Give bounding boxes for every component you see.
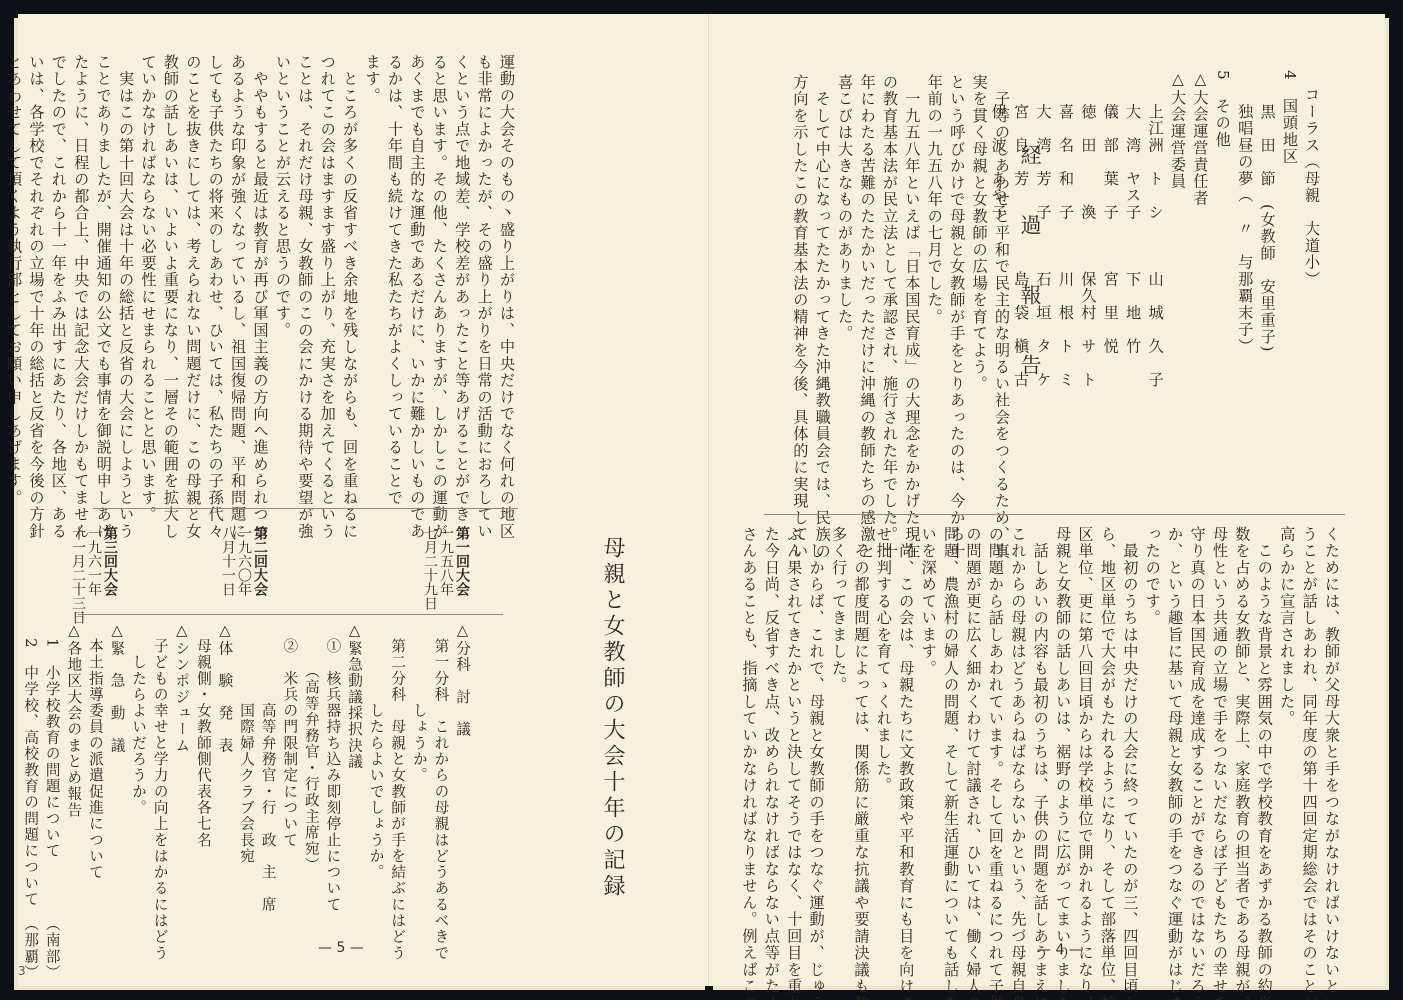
text-line: つれてこの会はますます盛り上がり、充実さを加えてくるという [316,54,338,484]
text-line: 尚、この会は、母親たちに文教政策や平和教育にも目を向けさ [895,526,917,946]
text-line: いということが云えると思うのです。 [272,54,294,484]
meeting-date: 十一月二十三日 [70,526,86,624]
text-line: 年前の一九五八年の七月でした。 [923,74,945,504]
text-line: か、という趣旨に基いて母親と女教師の手をつなぐ運動がはじま [1164,526,1186,946]
text-line: 大 湾 ヤス子 下 地 竹 [1122,70,1144,510]
text-line: そして中心になってたたかってきた沖縄教職員会では、民族の [811,74,833,504]
right-top-body: 子等のしあわせと平和で民主的な明るい社会をつくるため、真実を貫く母親と女教師の広… [789,74,1013,504]
text-line: 実を貫く母親と女教師の広場を育てよう。 [968,74,990,504]
meeting-item: △緊 急 動 議 [106,622,128,922]
text-line: 方向を示したこの教育基本法の精神を今後、具体的に実現してい [789,74,811,504]
text-line: ると思います。その他、たくさんありますが、しかしこの運動が [428,54,450,484]
text-line: という呼びかけで母親と女教師が手をとりあったのは、今から十 [946,74,968,504]
text-line: さんあることも、指摘していかなければなりません。例えばこの [738,526,760,946]
text-line: ややもすると最近は教育が再び軍国主義の方向へ進められつつ [249,54,271,484]
meeting-item: 2 中学校、高校教育の問題について （那覇） [20,622,42,922]
text-line: 尚、この会が今後ますます名実ともに沖縄の民主教育を守ると [0,54,3,484]
text-line: 喜 名 和 子 川 根 ト ミ [1055,70,1077,510]
text-line: たように、日程の都合上、中央では記念大会だけしかもてません [70,54,92,484]
text-line: ことは、それだけ母親、女教師のこの会にかける期待や要望が強 [294,54,316,484]
page-5: 運動の大会そのもの丶盛り上がりは、中央だけでなく何れの地区も非常によかったが、そ… [18,14,709,986]
text-line: でしたので、これから十一年をふみ出すにあたり、各地区、ある [47,54,69,484]
corner-mark: 3 [18,964,26,978]
right-divider [764,514,1345,515]
meeting-year: 一九六一年 [86,526,102,624]
text-line: 子等のしあわせと平和で民主的な明るい社会をつくるため、真 [991,74,1013,504]
left-top-body: 運動の大会そのもの丶盛り上がりは、中央だけでなく何れの地区も非常によかったが、そ… [0,54,518,484]
text-line: の問題が更に広く細かくわけて討議され、ひいては、働く婦人の [962,526,984,946]
meeting-item: 子どもの幸せと学力の向上をはかるにはどう [149,622,171,922]
text-line: ったのです。 [1141,526,1163,946]
text-line: 母親と女教師の話しあいは、裾野のように広がってまいりました。 [1052,526,1074,946]
text-line: せ批判する心を育てゝくれました。 [872,526,894,946]
record-title: 母親と女教師の大会十年の記録 [597,536,628,900]
meeting-1: 第一回大会一九五八年七月二十九日 [422,526,470,610]
text-line: 多く行ってきました。 [828,526,850,946]
text-line: くためには、教師が父母大衆と手をつながなければいけないとい [1321,526,1343,946]
meeting-year: 一九六〇年 [236,526,252,596]
text-line: た今日尚、反省すべき点、改められなければならない点等がたく [760,526,782,946]
meeting-year: 一九五八年 [438,526,454,610]
text-line: 4 国頭地区 [1279,70,1301,510]
meeting-item: 国際婦人クラブ会長宛 [235,622,257,922]
text-line: 5 その他 [1211,70,1233,510]
text-line: 一九五八年といえば「日本国民育成」の大理念をかかげた現在 [901,74,923,504]
text-line: 守り真の日本国民育成を達成することができるのではないだろう [1186,526,1208,946]
text-line: るかは、十年間も続けてきた私たちがよくしっていることで [384,54,406,484]
text-line: 最初のうちは中央だけの大会に終っていたのが三、四回目頃か [1119,526,1141,946]
meeting-item: △緊急動議採択決議 [343,622,365,922]
text-line: あるような印象が強くなっているし、祖国復帰問題、平和問題に [227,54,249,484]
meeting-item: 母親側・女教師側代表各七名 [192,622,214,922]
text-line: あくまでも自主的な運動であるだけに、いかに難かしいものであ [406,54,428,484]
meeting-item: ② 米兵の門限制定について [279,622,301,922]
meeting-item: しょうか。 [408,622,430,922]
text-line: その都度問題によっては、関係筋に厳重な抗議や要請決議も数 [850,526,872,946]
book-spread: 運動の大会そのもの丶盛り上がりは、中央だけでなく何れの地区も非常によかったが、そ… [18,14,1388,986]
text-line: 高らかに宣言されました。 [1276,526,1298,946]
text-line: しても子供たちの将来のしあわせ、ひいては、私たちの子孫代々 [204,54,226,484]
chorus-line: コーラス（母親 大道小） [1301,70,1323,288]
text-line: ます。 [361,54,383,484]
section-title: 経 過 報 告 [1015,144,1045,389]
page-number-4: — 4 — [1037,942,1083,958]
page-4: コーラス（母親 大道小） 4 国頭地区 黒 田 節 (女教師 安里重子) 独唱昼… [709,14,1385,986]
page-number-5: — 5 — [318,940,364,956]
meeting-2: 第二回大会一九六〇年八月十一日 [220,526,268,596]
text-line: しからば、これで、母親と女教師の手をつなぐ運動が、じゅう [805,526,827,946]
meeting-item: したらよいだろうか。 [128,622,150,922]
meetings-divider [78,614,503,615]
meeting-name: 第一回大会 [454,526,470,610]
meeting-item: 1 小学校教育の問題について （南部） [41,622,63,922]
text-line: ら、地区単位で大会がもたれるようになり、そして部落単位、校 [1097,526,1119,946]
text-line: ところが多くの反省すべき余地を残しながらも、回を重ねるに [339,54,361,484]
meeting-3: 第三回大会一九六一年十一月二十三日 [70,526,118,624]
text-line: 話しあいの内容も最初のうちは、子供の問題を話しあうまえに [1029,526,1051,946]
text-line: 区単位、更に第八回目頃からは学校単位で開かれるようになり、 [1074,526,1096,946]
text-line: ことでありましたが、開催通知の公文でも事情を御説明申しあげ [92,54,114,484]
left-bottom-body: △分科 討 議 第一分科 これからの母親はどうあるべきで しょうか。 第二分科 … [20,622,473,922]
text-line: うことが話しあわれ、同年度の第十四回定期総会ではそのことが [1298,526,1320,946]
text-line: いを深めています。 [917,526,939,946]
text-line: 年にわたる苦難のたたかいだっただけに沖縄の教師たちの感激と [856,74,878,504]
text-line: のことを抜きにしては、考えられない問題だけに、この母親と女 [182,54,204,484]
text-line: 教師の話しあいは、いよいよ重要になり、一層その範囲を拡大し [160,54,182,484]
text-line: くという点で地域差、学校差があったこと等あげることができ [451,54,473,484]
meeting-date: 八月十一日 [220,526,236,596]
text-line: 儀 部 葉 子 宮 里 悦 [1099,70,1121,510]
text-line: これからの母親はどうあらねばならないかという、先づ母親自身 [1007,526,1029,946]
meeting-item: （高等弁務官・行政主席宛） [300,622,322,922]
meeting-item: △各地区大会のまとめ報告 [63,622,85,922]
text-line: いは、各学校でそれぞれの立場で十年の総括と反省を今後の方針 [25,54,47,484]
left-divider [93,508,518,509]
meeting-item: したらよいでしょうか。 [365,622,387,922]
text-line: △大会運営責任者 [1189,70,1211,510]
meeting-date: 七月二十九日 [422,526,438,610]
right-bottom-body: くためには、教師が父母大衆と手をつながなければいけないということが話しあわれ、同… [738,526,1343,946]
meeting-item: △シンポジューム [171,622,193,922]
meeting-name: 第二回大会 [252,526,268,596]
text-line: このような背景と雰囲気の中で学校教育をあずかる教師の約半 [1253,526,1275,946]
meeting-item: △分科 討 議 [451,622,473,922]
meeting-name: 第三回大会 [102,526,118,624]
text-line: とあわせてして頂くよう執行部としてお願い申しあげます。 [3,54,25,484]
meeting-item: 高等弁務官・行 政 主 席 [257,622,279,922]
text-line: の教育基本法が民立法として承認され、施行された年でした。十 [879,74,901,504]
meeting-item: 第二分科 母親と女教師が手を結ぶにはどう [387,622,409,922]
text-line: 独唱昼の夢（ 〃 与那覇末子） [1234,70,1256,510]
text-line: 徳 田 渙 保久村 サ ト [1077,70,1099,510]
text-line: 問題、農漁村の婦人の問題、そして新生活運動についても話しあ [940,526,962,946]
text-line: ていかなければならない必要性にせまられることと思います。 [137,54,159,484]
text-line: 実はこの第十回大会は十年の総括と反省の大会にしようという [115,54,137,484]
text-line: 喜こびは大きなものがありました。 [834,74,856,504]
text-line: △大会運営委員 [1167,70,1189,510]
meeting-item: 本土指導委員の派遣促進について [84,622,106,922]
text-line: 黒 田 節 (女教師 安里重子) [1256,70,1278,510]
meeting-item: △体 験 発 表 [214,622,236,922]
text-line: 運動の大会そのもの丶盛り上がりは、中央だけでなく何れの地区 [496,54,518,484]
text-line: 上江洲 ト シ 山 城 久 子 [1144,70,1166,510]
text-line: も非常によかったが、その盛り上がりを日常の活動におろしてい [473,54,495,484]
text-line: 数を占める女教師と、実際上、家庭教育の担当者である母親が、 [1231,526,1253,946]
text-line: ぶん果されてきたかというと決してそうではなく、十回目を重ね [783,526,805,946]
meeting-item: ① 核兵器持ち込み即刻停止について [322,622,344,922]
text-line: 母性という共通の立場で手をつないだならば子どもたちの幸せを [1209,526,1231,946]
text-line: の問題から話しあわれています。そして回を重ねるにつれて子供 [985,526,1007,946]
meeting-item: 第一分科 これからの母親はどうあるべきで [430,622,452,922]
